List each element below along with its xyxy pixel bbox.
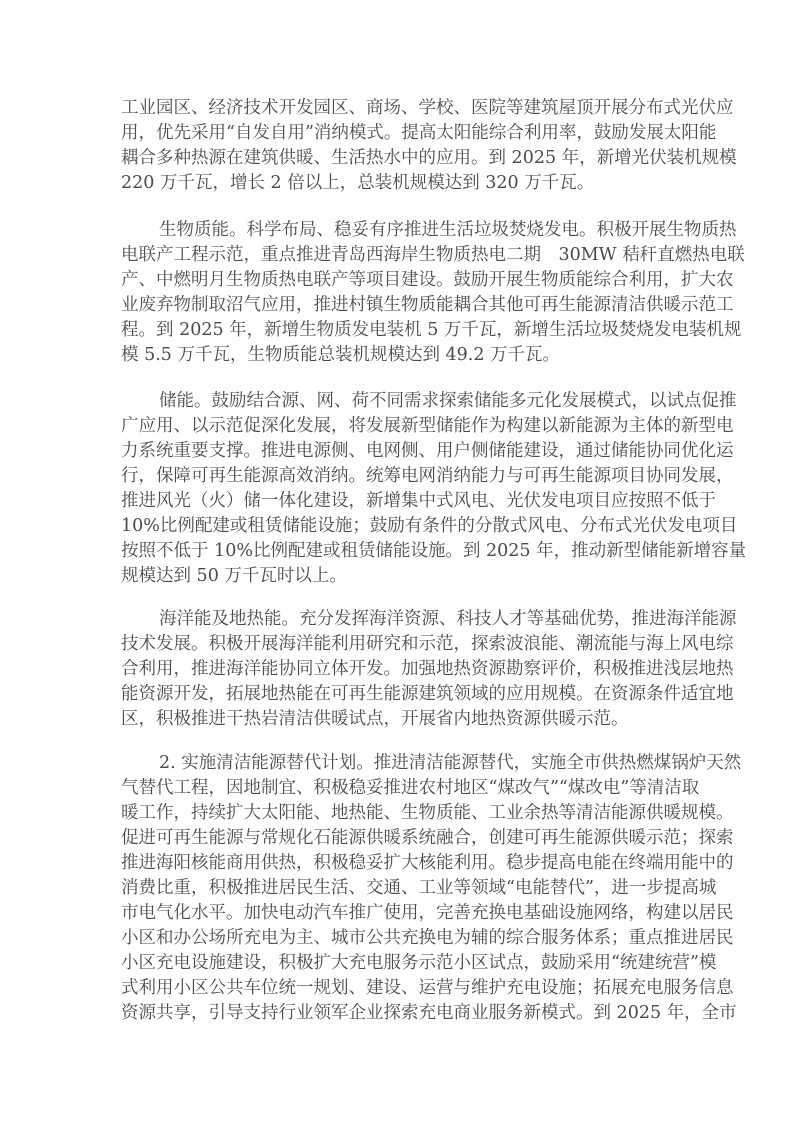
document-page: 工业园区、经济技术开发园区、商场、学校、医院等建筑屋顶开展分布式光伏应 用，优先… (0, 0, 800, 1131)
text-line: 合利用，推进海洋能协同立体开发。加强地热资源勘察评价，积极推进浅层地热 (121, 657, 681, 682)
text-line: 促进可再生能源与常规化石能源供暖系统融合，创建可再生能源供暖示范；探索 (121, 826, 681, 851)
text-line: 产、中燃明月生物质热电联产等项目建设。鼓励开展生物质能综合利用，扩大农 (121, 268, 681, 293)
text-line: 用，优先采用“自发自用”消纳模式。提高太阳能综合利用率，鼓励发展太阳能 (121, 121, 681, 146)
paragraph-clean-energy-substitution: 2. 实施清洁能源替代计划。推进清洁能源替代，实施全市供热燃煤锅炉天然 气替代工… (121, 751, 681, 1026)
text-line: 推进风光（火）储一体化建设，新增集中式风电、光伏发电项目应按照不低于 (121, 489, 681, 514)
text-line: 10%比例配建或租赁储能设施；鼓励有条件的分散式风电、分布式光伏发电项目 (121, 514, 681, 539)
paragraph-solar: 工业园区、经济技术开发园区、商场、学校、医院等建筑屋顶开展分布式光伏应 用，优先… (121, 96, 681, 196)
text-line: 资源共享，引导支持行业领军企业探索充电商业服务新模式。到 2025 年，全市 (121, 1001, 681, 1026)
text-line: 业废弃物制取沼气应用，推进村镇生物质能耦合其他可再生能源清洁供暖示范工 (121, 293, 681, 318)
text-line: 工业园区、经济技术开发园区、商场、学校、医院等建筑屋顶开展分布式光伏应 (121, 96, 681, 121)
text-line: 气替代工程，因地制宜、积极稳妥推进农村地区“煤改气”“煤改电”等清洁取 (121, 776, 681, 801)
text-line: 推进海阳核能商用供热，积极稳妥扩大核能利用。稳步提高电能在终端用能中的 (121, 851, 681, 876)
text-line: 生物质能。科学布局、稳妥有序推进生活垃圾焚烧发电。积极开展生物质热 (121, 218, 681, 243)
text-line: 规模达到 50 万千瓦时以上。 (121, 564, 681, 589)
text-line: 能资源开发，拓展地热能在可再生能源建筑领域的应用规模。在资源条件适宜地 (121, 682, 681, 707)
paragraph-storage: 储能。鼓励结合源、网、荷不同需求探索储能多元化发展模式，以试点促推 广应用、以示… (121, 389, 681, 589)
text-line: 模 5.5 万千瓦，生物质能总装机规模达到 49.2 万千瓦。 (121, 343, 681, 368)
text-line: 储能。鼓励结合源、网、荷不同需求探索储能多元化发展模式，以试点促推 (121, 389, 681, 414)
text-line: 电联产工程示范，重点推进青岛西海岸生物质热电二期 30MW 秸秆直燃热电联 (121, 243, 681, 268)
text-line: 市电气化水平。加快电动汽车推广使用，完善充换电基础设施网络，构建以居民 (121, 901, 681, 926)
paragraph-biomass: 生物质能。科学布局、稳妥有序推进生活垃圾焚烧发电。积极开展生物质热 电联产工程示… (121, 218, 681, 368)
text-line: 海洋能及地热能。充分发挥海洋资源、科技人才等基础优势，推进海洋能源 (121, 607, 681, 632)
text-line: 行，保障可再生能源高效消纳。统筹电网消纳能力与可再生能源项目协同发展， (121, 464, 681, 489)
paragraph-ocean-geothermal: 海洋能及地热能。充分发挥海洋资源、科技人才等基础优势，推进海洋能源 技术发展。积… (121, 607, 681, 732)
text-line: 消费比重，积极推进居民生活、交通、工业等领域“电能替代”，进一步提高城 (121, 876, 681, 901)
text-line: 耦合多种热源在建筑供暖、生活热水中的应用。到 2025 年，新增光伏装机规模 (121, 146, 681, 171)
text-line: 小区充电设施建设，积极扩大充电服务示范小区试点，鼓励采用“统建统营”模 (121, 951, 681, 976)
text-line: 技术发展。积极开展海洋能利用研究和示范，探索波浪能、潮流能与海上风电综 (121, 632, 681, 657)
text-line: 区，积极推进干热岩清洁供暖试点，开展省内地热资源供暖示范。 (121, 707, 681, 732)
text-line: 按照不低于 10%比例配建或租赁储能设施。到 2025 年，推动新型储能新增容量 (121, 539, 681, 564)
text-line: 暖工作，持续扩大太阳能、地热能、生物质能、工业余热等清洁能源供暖规模。 (121, 801, 681, 826)
text-line: 小区和办公场所充电为主、城市公共充换电为辅的综合服务体系；重点推进居民 (121, 926, 681, 951)
text-line: 式利用小区公共车位统一规划、建设、运营与维护充电设施；拓展充电服务信息 (121, 976, 681, 1001)
text-line: 220 万千瓦，增长 2 倍以上，总装机规模达到 320 万千瓦。 (121, 171, 681, 196)
text-line: 广应用、以示范促深化发展，将发展新型储能作为构建以新能源为主体的新型电 (121, 414, 681, 439)
text-line: 力系统重要支撑。推进电源侧、电网侧、用户侧储能建设，通过储能协同优化运 (121, 439, 681, 464)
text-line: 2. 实施清洁能源替代计划。推进清洁能源替代，实施全市供热燃煤锅炉天然 (121, 751, 681, 776)
text-line: 程。到 2025 年，新增生物质发电装机 5 万千瓦，新增生活垃圾焚烧发电装机规 (121, 318, 681, 343)
